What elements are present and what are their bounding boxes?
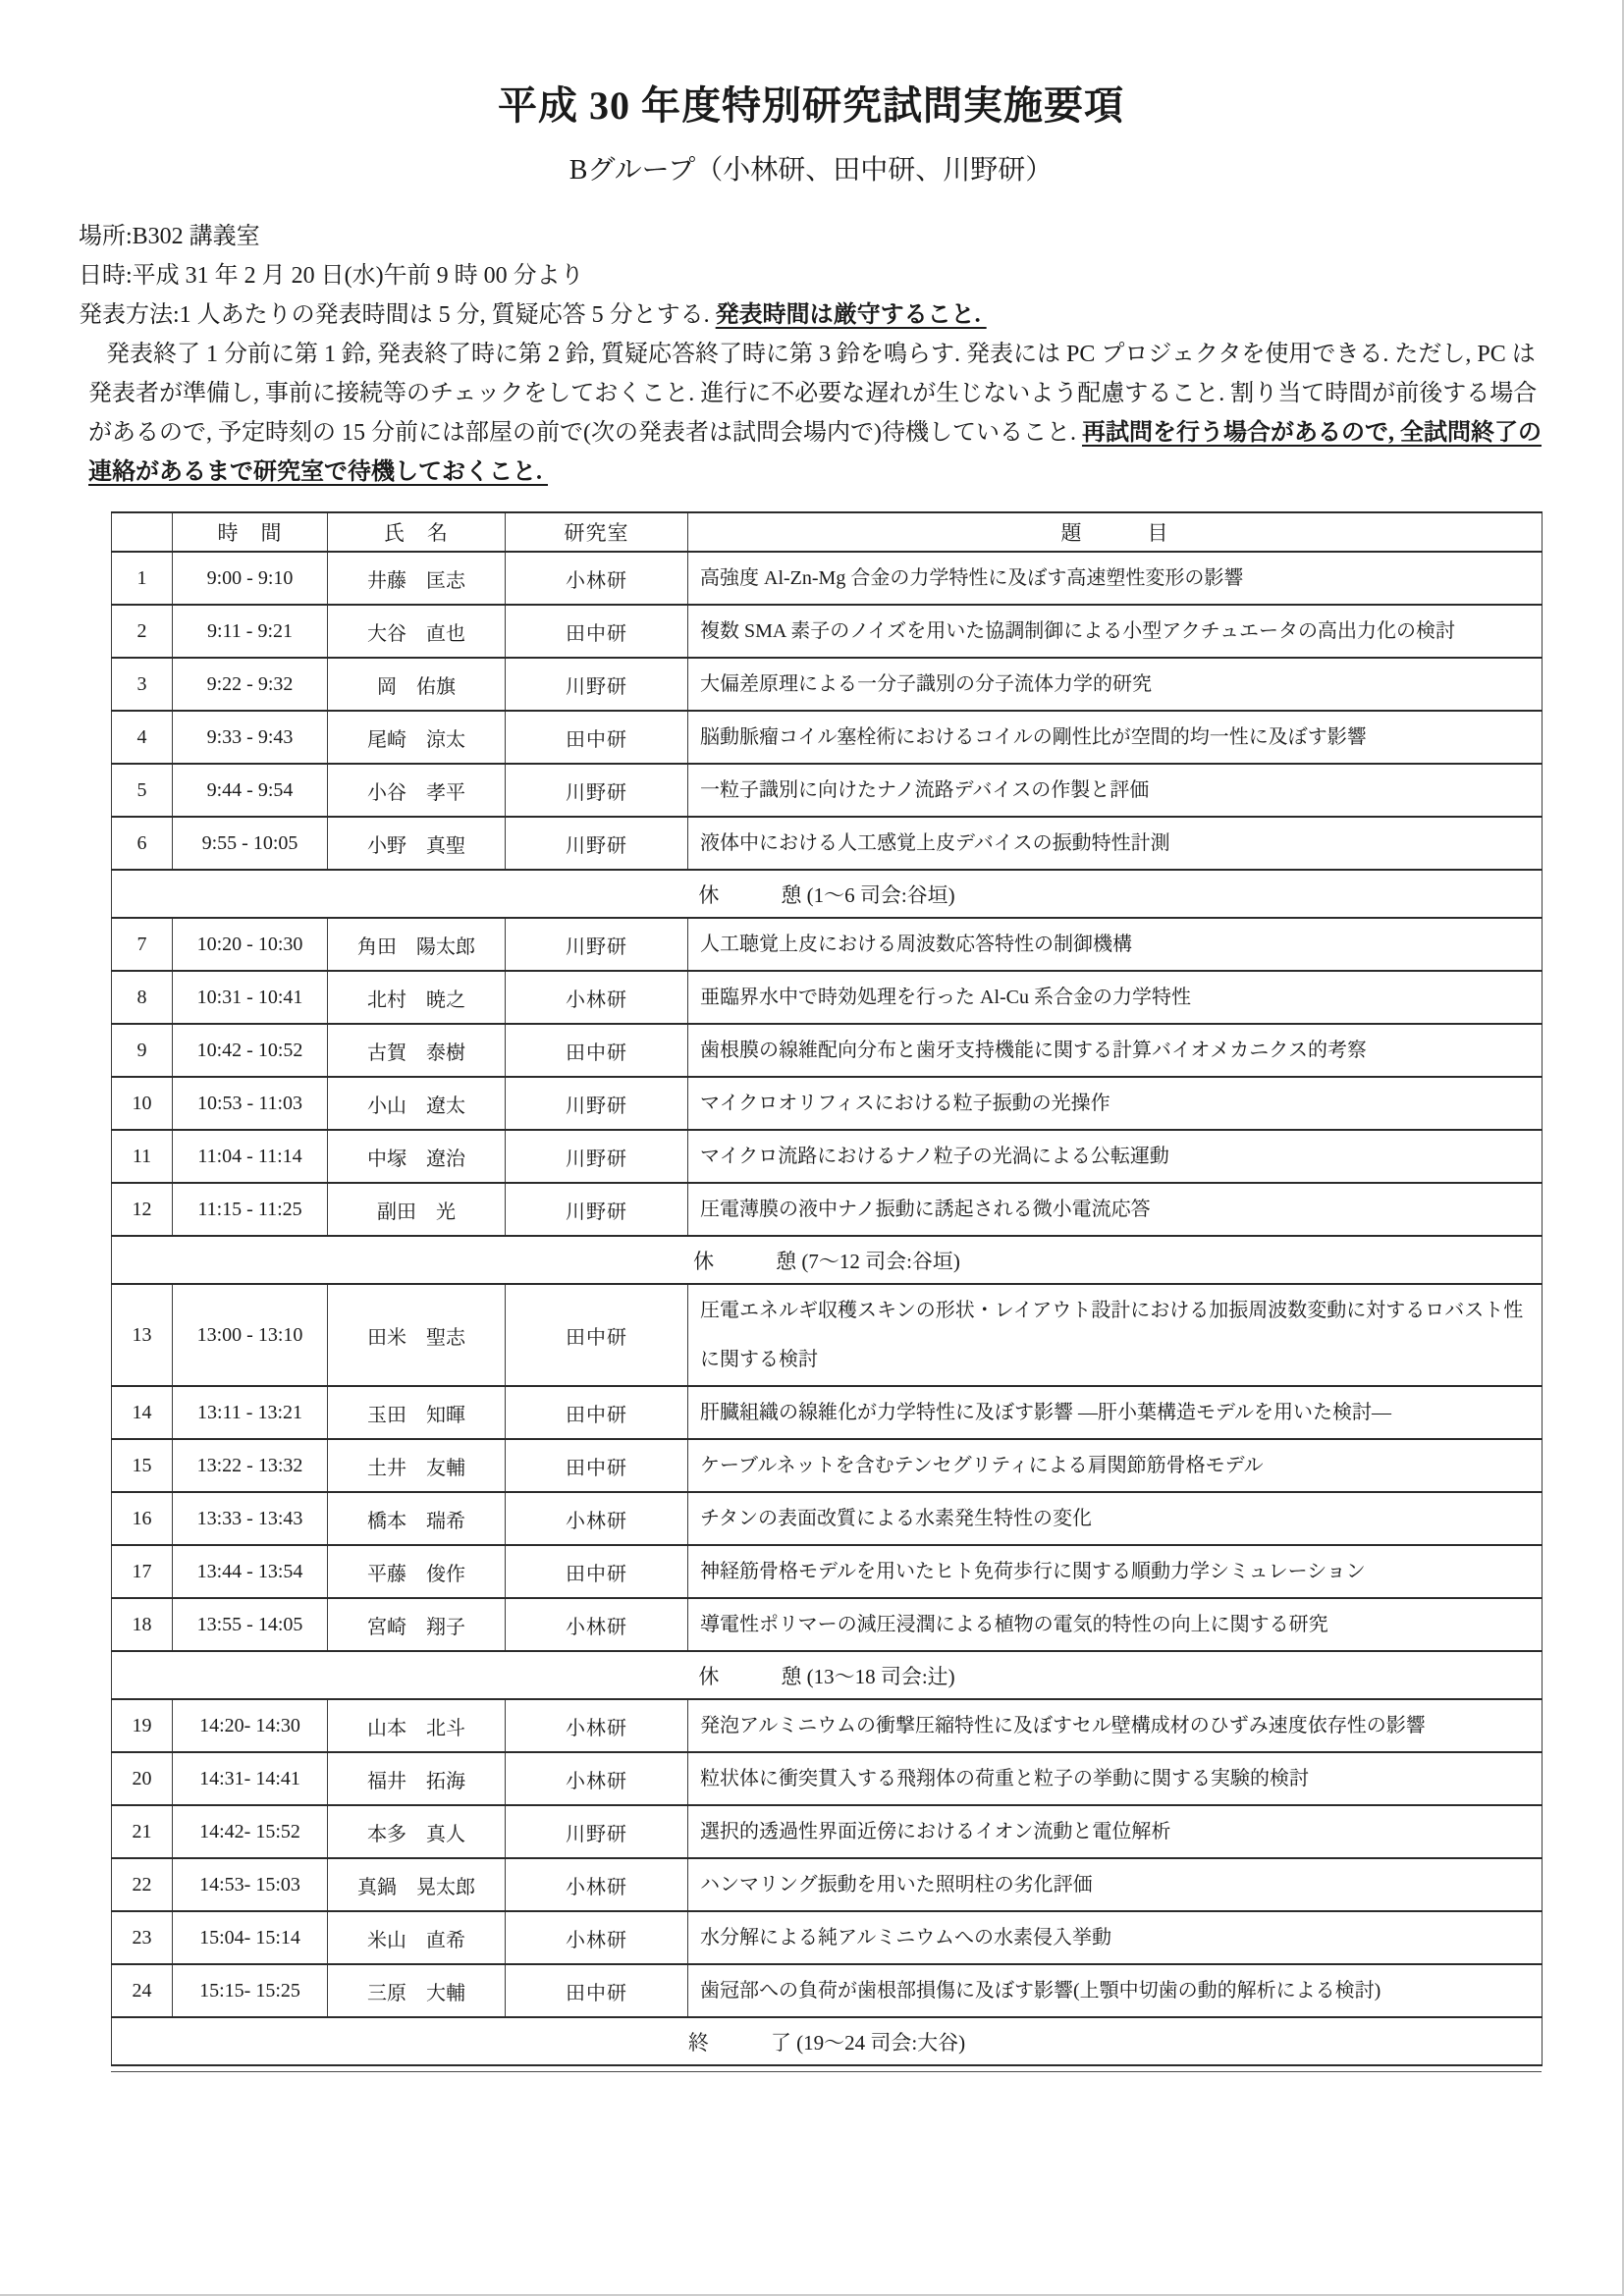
schedule-table-head: 時 間 氏 名 研究室 題 目	[112, 512, 1543, 552]
cell-title: ケーブルネットを含むテンセグリティによる肩関節筋骨格モデル	[688, 1439, 1543, 1492]
cell-time: 10:42 - 10:52	[173, 1024, 328, 1077]
cell-name: 副田 光	[328, 1183, 506, 1236]
table-row: 1111:04 - 11:14中塚 遼治川野研マイクロ流路におけるナノ粒子の光渦…	[112, 1130, 1543, 1183]
table-row: 2014:31- 14:41福井 拓海小林研粒状体に衝突貫入する飛翔体の荷重と粒…	[112, 1752, 1543, 1805]
cell-lab: 小林研	[506, 1492, 688, 1545]
cell-time: 13:55 - 14:05	[173, 1598, 328, 1651]
cell-lab: 田中研	[506, 1964, 688, 2017]
table-row: 1413:11 - 13:21玉田 知暉田中研肝臓組織の線維化が力学特性に及ぼす…	[112, 1386, 1543, 1439]
cell-no: 19	[112, 1699, 173, 1752]
notes-paragraph: 発表終了 1 分前に第 1 鈴, 発表終了時に第 2 鈴, 質疑応答終了時に第 …	[88, 335, 1545, 492]
page-subtitle: Bグループ（小林研、田中研、川野研）	[0, 148, 1622, 187]
cell-lab: 川野研	[506, 918, 688, 971]
cell-time: 15:15- 15:25	[173, 1964, 328, 2017]
cell-time: 14:53- 15:03	[173, 1858, 328, 1911]
cell-lab: 小林研	[506, 1752, 688, 1805]
end-label: 終 了 (19～24 司会:大谷)	[112, 2017, 1543, 2065]
cell-no: 8	[112, 971, 173, 1024]
cell-no: 7	[112, 918, 173, 971]
cell-lab: 川野研	[506, 658, 688, 711]
cell-time: 9:44 - 9:54	[173, 764, 328, 817]
table-bottom-rule	[111, 2071, 1542, 2072]
cell-name: 三原 大輔	[328, 1964, 506, 2017]
cell-lab: 田中研	[506, 1284, 688, 1386]
cell-lab: 川野研	[506, 1077, 688, 1130]
table-row: 1010:53 - 11:03小山 遼太川野研マイクロオリフィスにおける粒子振動…	[112, 1077, 1543, 1130]
cell-name: 本多 真人	[328, 1805, 506, 1858]
cell-no: 2	[112, 605, 173, 658]
cell-lab: 田中研	[506, 605, 688, 658]
cell-time: 15:04- 15:14	[173, 1911, 328, 1964]
cell-time: 9:00 - 9:10	[173, 552, 328, 605]
cell-name: 玉田 知暉	[328, 1386, 506, 1439]
cell-time: 13:33 - 13:43	[173, 1492, 328, 1545]
table-row: 910:42 - 10:52古賀 泰樹田中研歯根膜の線維配向分布と歯牙支持機能に…	[112, 1024, 1543, 1077]
header-row: 時 間 氏 名 研究室 題 目	[112, 512, 1543, 552]
page-title: 平成 30 年度特別研究試問実施要項	[0, 0, 1622, 131]
info-datetime: 日時:平成 31 年 2 月 20 日(水)午前 9 時 00 分より	[79, 256, 1545, 295]
info-method-text: 発表方法:1 人あたりの発表時間は 5 分, 質疑応答 5 分とする.	[79, 302, 716, 328]
cell-no: 15	[112, 1439, 173, 1492]
table-row: 29:11 - 9:21大谷 直也田中研複数 SMA 素子のノイズを用いた協調制…	[112, 605, 1543, 658]
break-row: 休 憩 (7～12 司会:谷垣)	[112, 1236, 1543, 1284]
cell-name: 平藤 俊作	[328, 1545, 506, 1598]
break-label: 休 憩 (1～6 司会:谷垣)	[112, 870, 1543, 918]
cell-no: 1	[112, 552, 173, 605]
schedule-table: 時 間 氏 名 研究室 題 目 19:00 - 9:10井藤 匡志小林研高強度 …	[111, 511, 1543, 2066]
col-header-lab: 研究室	[506, 512, 688, 552]
cell-time: 9:22 - 9:32	[173, 658, 328, 711]
cell-name: 中塚 遼治	[328, 1130, 506, 1183]
cell-time: 13:44 - 13:54	[173, 1545, 328, 1598]
cell-name: 山本 北斗	[328, 1699, 506, 1752]
cell-title: 複数 SMA 素子のノイズを用いた協調制御による小型アクチュエータの高出力化の検…	[688, 605, 1543, 658]
cell-no: 12	[112, 1183, 173, 1236]
cell-no: 13	[112, 1284, 173, 1386]
cell-title: 高強度 Al-Zn-Mg 合金の力学特性に及ぼす高速塑性変形の影響	[688, 552, 1543, 605]
document-page: 平成 30 年度特別研究試問実施要項 Bグループ（小林研、田中研、川野研） 場所…	[0, 0, 1624, 2296]
cell-no: 11	[112, 1130, 173, 1183]
cell-title: チタンの表面改質による水素発生特性の変化	[688, 1492, 1543, 1545]
cell-time: 11:04 - 11:14	[173, 1130, 328, 1183]
info-method-emphasis: 発表時間は厳守すること.	[716, 302, 987, 328]
cell-lab: 小林研	[506, 552, 688, 605]
cell-time: 11:15 - 11:25	[173, 1183, 328, 1236]
cell-name: 田米 聖志	[328, 1284, 506, 1386]
cell-lab: 小林研	[506, 1598, 688, 1651]
table-row: 2315:04- 15:14米山 直希小林研水分解による純アルミニウムへの水素侵…	[112, 1911, 1543, 1964]
cell-no: 21	[112, 1805, 173, 1858]
cell-no: 4	[112, 711, 173, 764]
table-row: 39:22 - 9:32岡 佑旗川野研大偏差原理による一分子識別の分子流体力学的…	[112, 658, 1543, 711]
col-header-title: 題 目	[688, 512, 1543, 552]
cell-no: 6	[112, 817, 173, 870]
cell-time: 14:31- 14:41	[173, 1752, 328, 1805]
cell-name: 真鍋 晃太郎	[328, 1858, 506, 1911]
cell-lab: 田中研	[506, 1024, 688, 1077]
cell-title: マイクロオリフィスにおける粒子振動の光操作	[688, 1077, 1543, 1130]
end-row: 終 了 (19～24 司会:大谷)	[112, 2017, 1543, 2065]
cell-title: 粒状体に衝突貫入する飛翔体の荷重と粒子の挙動に関する実験的検討	[688, 1752, 1543, 1805]
table-row: 1513:22 - 13:32土井 友輔田中研ケーブルネットを含むテンセグリティ…	[112, 1439, 1543, 1492]
cell-name: 岡 佑旗	[328, 658, 506, 711]
table-row: 59:44 - 9:54小谷 孝平川野研一粒子識別に向けたナノ流路デバイスの作製…	[112, 764, 1543, 817]
cell-no: 23	[112, 1911, 173, 1964]
schedule-table-body: 19:00 - 9:10井藤 匡志小林研高強度 Al-Zn-Mg 合金の力学特性…	[112, 552, 1543, 2065]
table-row: 69:55 - 10:05小野 真聖川野研液体中における人工感覚上皮デバイスの振…	[112, 817, 1543, 870]
table-row: 49:33 - 9:43尾崎 涼太田中研脳動脈瘤コイル塞栓術におけるコイルの剛性…	[112, 711, 1543, 764]
cell-name: 小野 真聖	[328, 817, 506, 870]
cell-lab: 川野研	[506, 817, 688, 870]
info-location: 場所:B302 講義室	[79, 217, 1545, 256]
cell-title: 水分解による純アルミニウムへの水素侵入挙動	[688, 1911, 1543, 1964]
cell-time: 13:22 - 13:32	[173, 1439, 328, 1492]
cell-title: 人工聴覚上皮における周波数応答特性の制御機構	[688, 918, 1543, 971]
break-row: 休 憩 (1～6 司会:谷垣)	[112, 870, 1543, 918]
cell-name: 宮崎 翔子	[328, 1598, 506, 1651]
cell-name: 米山 直希	[328, 1911, 506, 1964]
cell-no: 17	[112, 1545, 173, 1598]
cell-lab: 田中研	[506, 1545, 688, 1598]
cell-no: 20	[112, 1752, 173, 1805]
cell-name: 土井 友輔	[328, 1439, 506, 1492]
col-header-no	[112, 512, 173, 552]
cell-name: 北村 暁之	[328, 971, 506, 1024]
cell-title: 歯冠部への負荷が歯根部損傷に及ぼす影響(上顎中切歯の動的解析による検討)	[688, 1964, 1543, 2017]
cell-time: 14:20- 14:30	[173, 1699, 328, 1752]
cell-title: ハンマリング振動を用いた照明柱の劣化評価	[688, 1858, 1543, 1911]
cell-lab: 川野研	[506, 764, 688, 817]
cell-time: 14:42- 15:52	[173, 1805, 328, 1858]
cell-title: 大偏差原理による一分子識別の分子流体力学的研究	[688, 658, 1543, 711]
cell-no: 9	[112, 1024, 173, 1077]
info-block: 場所:B302 講義室 日時:平成 31 年 2 月 20 日(水)午前 9 時…	[79, 217, 1545, 492]
info-method: 発表方法:1 人あたりの発表時間は 5 分, 質疑応答 5 分とする. 発表時間…	[79, 295, 1545, 335]
cell-lab: 川野研	[506, 1130, 688, 1183]
table-row: 1713:44 - 13:54平藤 俊作田中研神経筋骨格モデルを用いたヒト免荷歩…	[112, 1545, 1543, 1598]
cell-time: 10:20 - 10:30	[173, 918, 328, 971]
cell-lab: 川野研	[506, 1805, 688, 1858]
cell-time: 10:53 - 11:03	[173, 1077, 328, 1130]
cell-name: 古賀 泰樹	[328, 1024, 506, 1077]
cell-lab: 小林研	[506, 1699, 688, 1752]
cell-no: 18	[112, 1598, 173, 1651]
cell-name: 大谷 直也	[328, 605, 506, 658]
cell-no: 14	[112, 1386, 173, 1439]
table-row: 1211:15 - 11:25副田 光川野研圧電薄膜の液中ナノ振動に誘起される微…	[112, 1183, 1543, 1236]
cell-title: 導電性ポリマーの減圧浸潤による植物の電気的特性の向上に関する研究	[688, 1598, 1543, 1651]
table-row: 19:00 - 9:10井藤 匡志小林研高強度 Al-Zn-Mg 合金の力学特性…	[112, 552, 1543, 605]
cell-lab: 田中研	[506, 1386, 688, 1439]
cell-time: 10:31 - 10:41	[173, 971, 328, 1024]
cell-title: 圧電薄膜の液中ナノ振動に誘起される微小電流応答	[688, 1183, 1543, 1236]
col-header-time: 時 間	[173, 512, 328, 552]
cell-title: 肝臓組織の線維化が力学特性に及ぼす影響 ―肝小葉構造モデルを用いた検討―	[688, 1386, 1543, 1439]
break-label: 休 憩 (13～18 司会:辻)	[112, 1651, 1543, 1699]
cell-lab: 小林研	[506, 971, 688, 1024]
cell-title: 圧電エネルギ収穫スキンの形状・レイアウト設計における加振周波数変動に対するロバス…	[688, 1284, 1543, 1386]
table-row: 1813:55 - 14:05宮崎 翔子小林研導電性ポリマーの減圧浸潤による植物…	[112, 1598, 1543, 1651]
schedule-table-container: 時 間 氏 名 研究室 題 目 19:00 - 9:10井藤 匡志小林研高強度 …	[111, 511, 1542, 2072]
table-row: 710:20 - 10:30角田 陽太郎川野研人工聴覚上皮における周波数応答特性…	[112, 918, 1543, 971]
cell-title: 一粒子識別に向けたナノ流路デバイスの作製と評価	[688, 764, 1543, 817]
cell-name: 尾崎 涼太	[328, 711, 506, 764]
cell-title: 神経筋骨格モデルを用いたヒト免荷歩行に関する順動力学シミュレーション	[688, 1545, 1543, 1598]
cell-name: 小山 遼太	[328, 1077, 506, 1130]
cell-time: 9:33 - 9:43	[173, 711, 328, 764]
table-row: 2114:42- 15:52本多 真人川野研選択的透過性界面近傍におけるイオン流…	[112, 1805, 1543, 1858]
cell-title: 亜臨界水中で時効処理を行った Al-Cu 系合金の力学特性	[688, 971, 1543, 1024]
cell-title: 脳動脈瘤コイル塞栓術におけるコイルの剛性比が空間的均一性に及ぼす影響	[688, 711, 1543, 764]
table-row: 810:31 - 10:41北村 暁之小林研亜臨界水中で時効処理を行った Al-…	[112, 971, 1543, 1024]
break-row: 休 憩 (13～18 司会:辻)	[112, 1651, 1543, 1699]
cell-title: 選択的透過性界面近傍におけるイオン流動と電位解析	[688, 1805, 1543, 1858]
cell-lab: 川野研	[506, 1183, 688, 1236]
cell-time: 9:55 - 10:05	[173, 817, 328, 870]
cell-title: 液体中における人工感覚上皮デバイスの振動特性計測	[688, 817, 1543, 870]
cell-lab: 田中研	[506, 1439, 688, 1492]
cell-title: 歯根膜の線維配向分布と歯牙支持機能に関する計算バイオメカニクス的考察	[688, 1024, 1543, 1077]
cell-lab: 小林研	[506, 1858, 688, 1911]
cell-lab: 小林研	[506, 1911, 688, 1964]
cell-no: 5	[112, 764, 173, 817]
table-row: 2415:15- 15:25三原 大輔田中研歯冠部への負荷が歯根部損傷に及ぼす影…	[112, 1964, 1543, 2017]
table-row: 1313:00 - 13:10田米 聖志田中研圧電エネルギ収穫スキンの形状・レイ…	[112, 1284, 1543, 1386]
cell-no: 3	[112, 658, 173, 711]
cell-name: 福井 拓海	[328, 1752, 506, 1805]
cell-name: 井藤 匡志	[328, 552, 506, 605]
cell-title: 発泡アルミニウムの衝撃圧縮特性に及ぼすセル壁構成材のひずみ速度依存性の影響	[688, 1699, 1543, 1752]
table-row: 1914:20- 14:30山本 北斗小林研発泡アルミニウムの衝撃圧縮特性に及ぼ…	[112, 1699, 1543, 1752]
cell-no: 24	[112, 1964, 173, 2017]
cell-name: 小谷 孝平	[328, 764, 506, 817]
cell-name: 橋本 瑞希	[328, 1492, 506, 1545]
table-row: 2214:53- 15:03真鍋 晃太郎小林研ハンマリング振動を用いた照明柱の劣…	[112, 1858, 1543, 1911]
cell-time: 13:11 - 13:21	[173, 1386, 328, 1439]
cell-no: 16	[112, 1492, 173, 1545]
cell-no: 10	[112, 1077, 173, 1130]
col-header-name: 氏 名	[328, 512, 506, 552]
cell-title: マイクロ流路におけるナノ粒子の光渦による公転運動	[688, 1130, 1543, 1183]
cell-time: 13:00 - 13:10	[173, 1284, 328, 1386]
cell-time: 9:11 - 9:21	[173, 605, 328, 658]
table-row: 1613:33 - 13:43橋本 瑞希小林研チタンの表面改質による水素発生特性…	[112, 1492, 1543, 1545]
cell-name: 角田 陽太郎	[328, 918, 506, 971]
cell-no: 22	[112, 1858, 173, 1911]
break-label: 休 憩 (7～12 司会:谷垣)	[112, 1236, 1543, 1284]
cell-lab: 田中研	[506, 711, 688, 764]
